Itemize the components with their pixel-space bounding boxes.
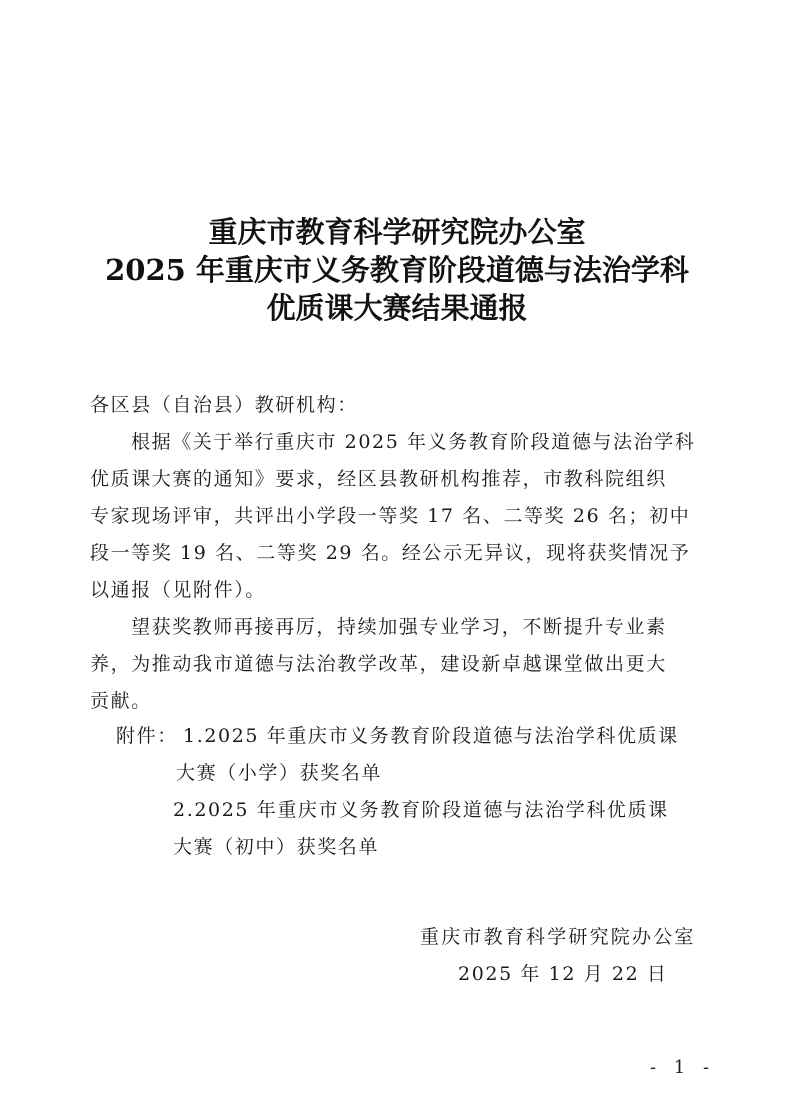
para1-line: 根据《关于举行重庆市 2025 年义务教育阶段道德与法治学科 (131, 430, 695, 454)
para1-line: 以通报（见附件）。 (90, 578, 266, 602)
title-line-3: 优质课大赛结果通报 (0, 290, 794, 326)
para1-line: 优质课大赛的通知》要求，经区县教研机构推荐，市教科院组织 (90, 467, 667, 491)
para1-line: 专家现场评审，共评出小学段一等奖 17 名、二等奖 26 名；初中 (90, 504, 690, 528)
attachment-item-1-line1: 1.2025 年重庆市义务教育阶段道德与法治学科优质课 (183, 724, 679, 748)
signature-org: 重庆市教育科学研究院办公室 (420, 925, 696, 949)
para2-line: 贡献。 (90, 689, 152, 713)
para1-line: 段一等奖 19 名、二等奖 29 名。经公示无异议，现将获奖情况予 (90, 541, 690, 565)
attachment-item-2-line2: 大赛（初中）获奖名单 (173, 835, 379, 859)
para2-line: 养，为推动我市道德与法治教学改革，建设新卓越课堂做出更大 (90, 652, 667, 676)
document-page: 重庆市教育科学研究院办公室 2025 年重庆市义务教育阶段道德与法治学科 优质课… (0, 0, 794, 1108)
page-number: - 1 - (650, 1057, 715, 1078)
para2-line: 望获奖教师再接再厉，持续加强专业学习，不断提升专业素 (131, 615, 667, 639)
attachments-label: 附件： (116, 724, 178, 748)
salutation: 各区县（自治县）教研机构： (90, 393, 358, 417)
signature-date: 2025 年 12 月 22 日 (458, 962, 668, 986)
attachment-item-2-line1: 2.2025 年重庆市义务教育阶段道德与法治学科优质课 (173, 798, 669, 822)
attachment-item-1-line2: 大赛（小学）获奖名单 (176, 761, 382, 785)
title-line-1: 重庆市教育科学研究院办公室 (0, 214, 794, 250)
title-line-2: 2025 年重庆市义务教育阶段道德与法治学科 (0, 252, 794, 288)
